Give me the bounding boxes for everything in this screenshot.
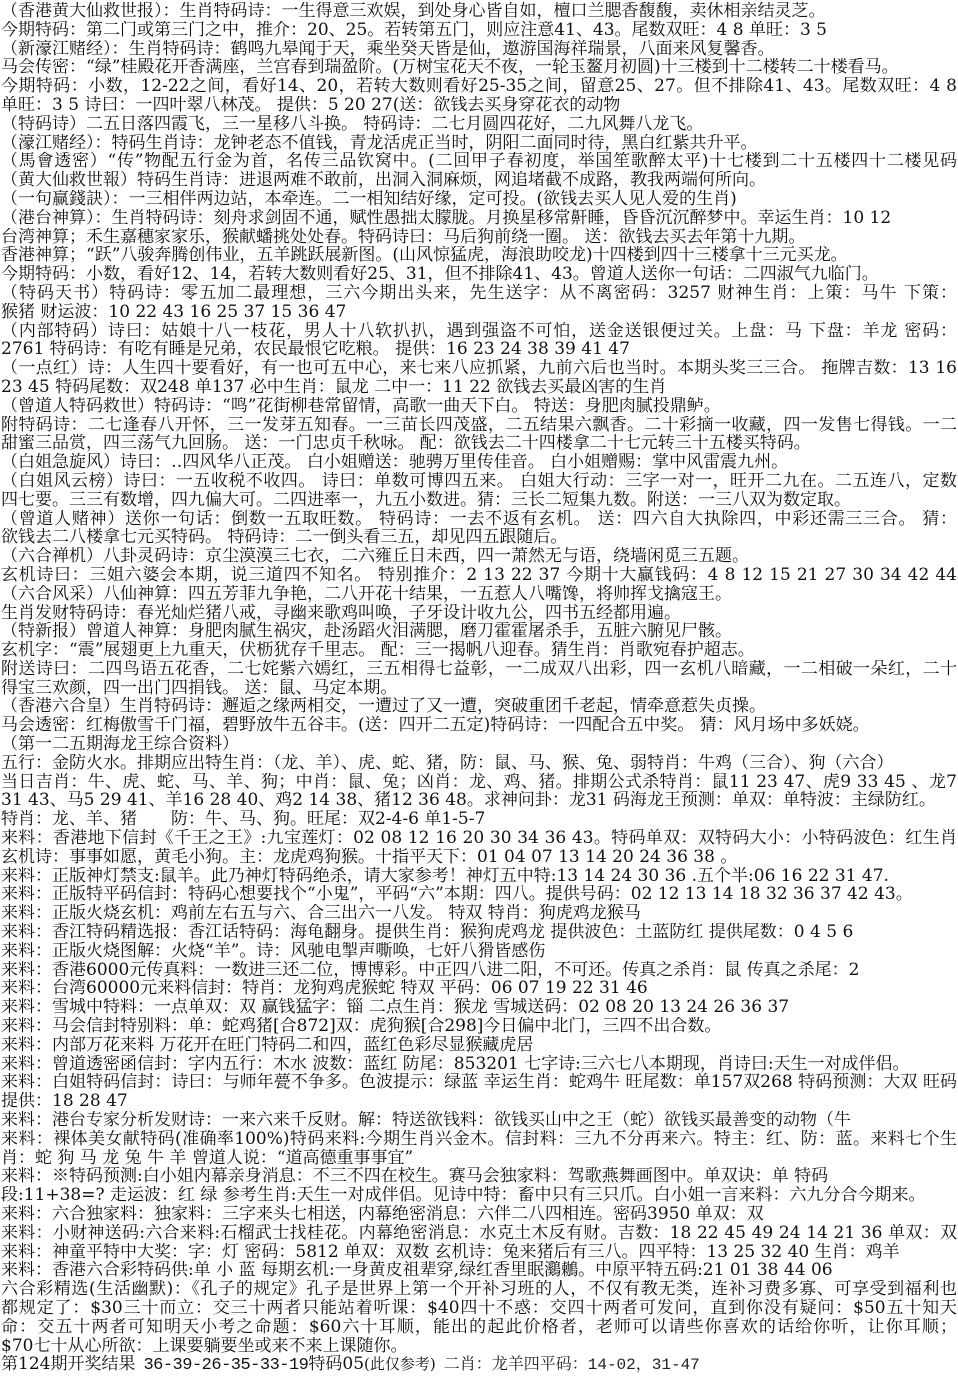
text-line: 台湾神算；禾生嘉穗家家乐，猴献蟠挑处处春。特码诗曰：马后狗前绕一圈。 送：欲钱去…: [1, 228, 957, 247]
text-line: （六合禅机）八卦灵码诗：京尘漠漠三七衣，二六雍丘日未西，四一萧然无与语，绕墙闲觅…: [1, 547, 957, 566]
draw-result-note: (此仅参考): [364, 1355, 436, 1373]
text-line: （白姐急旋风）诗曰：‥四风华八正茂。 白小姐赠送：驰骋万里传佳音。 白小姐赠赐：…: [1, 453, 957, 472]
text-line: 香港神算；“跃”八骏奔腾创伟业，五羊跳跃展新图。(山风惊猛虎，海浪助咬龙)十四楼…: [1, 246, 957, 265]
text-line: （香港六合皇）生肖特码诗：邂逅之缘两相交，一遭过了又一遭，突破重团千老起，情牵意…: [1, 697, 957, 716]
text-line: （内部特码）诗曰：姑娘十八一枝花，男人十八软扒扒，遇到强盗不可怕，送金送银便过关…: [1, 322, 957, 341]
text-line: 欲钱去二八楼拿七元买特码。 特码诗：二一倒头看三五，却见四五跟随后。: [1, 528, 957, 547]
draw-result-special: 特码05: [308, 1355, 364, 1374]
text-line: 来料：神童平特中大奖：字：灯 密码：5812 单双：双数 玄机诗：兔来猪后有三八…: [1, 1243, 957, 1262]
text-line: 马会传密：“绿”桂殿花开香满座，兰宫春到瑞盈阶。(万树宝花天不夜，一轮玉鳌月初圆…: [1, 58, 957, 77]
text-line: 来料：台湾60000元来料信封：特肖：龙狗鸡虎猴蛇 特双 平码：06 07 19…: [1, 979, 957, 998]
text-line: 六合彩精选(生活幽默)：《孔子的规定》孔子是世界上第一个开补习班的人，不仅有教无…: [1, 1280, 957, 1299]
text-line: 当日吉肖：牛、虎、蛇、马、羊、狗；中肖：鼠、兔；凶肖：龙、鸡、猪。排期公式杀特肖…: [1, 773, 957, 792]
text-line: 来料：雪城中特料：一点单双：双 赢钱猛字：锱 二点生肖：猴龙 雪城送码：02 0…: [1, 998, 957, 1017]
text-line: （馬會透密）“传”物配五行金为首，名传三品钦窝中。(二回甲子春初度，举国笙歌醉太…: [1, 152, 957, 171]
text-line: （香港黄大仙救世报）：生肖特码诗：一生得意三欢娱，到处身心皆自如，檀口兰腮香馥馥…: [1, 2, 957, 21]
text-line: 肖：蛇 狗 马 龙 兔 牛 羊 曾道人说：“道高德重事事宜”: [1, 1149, 957, 1168]
text-line: （一句赢錢訣）：一三相伴两边站，本牵连。二一相知结好缘，定可投。(欲钱去买人见人…: [1, 190, 957, 209]
text-line: 来料：曾道透密函信封：字内五行：木水 波数：蓝红 防尾：853201 七字诗:三…: [1, 1055, 957, 1074]
text-line: 来料：正版特平码信封：特码心想要找个“小鬼”，平码“六”本期：四八。提供号码：0…: [1, 885, 957, 904]
text-line: （港台神算）：生肖特码诗：刻舟求剑固不通，赋性愚拙太朦胧。月换星移常鼾睡，昏昏沉…: [1, 209, 957, 228]
text-line: （黄大仙救世報）特码生肖诗：进退两难不敢前，出洞入洞麻烦，网追堵截不成路，教我两…: [1, 171, 957, 190]
text-line: 来料：港台专家分析发财诗：一来六来千反财。解：特送欲钱料：欲钱买山中之王（蛇）欲…: [1, 1111, 957, 1130]
text-line: 来料：香港地下信封《千王之王》:九宝莲灯：02 08 12 16 20 30 3…: [1, 829, 957, 848]
text-line: （濠江赌经）：特码生肖诗：龙钟老态不值钱，青龙活虎正当时，阴阳二面同时待，黑白红…: [1, 134, 957, 153]
lottery-tip-sheet: （香港黄大仙救世报）：生肖特码诗：一生得意三欢娱，到处身心皆自如，檀口兰腮香馥馥…: [0, 2, 958, 1374]
text-line: 附送诗曰：二四鸟语五花香，二七姹紫六嫣红，三五相得七益彰，一二成双八出彩，四一玄…: [1, 660, 957, 679]
text-line: （白姐风云榜）诗曰：一五收税不收四。 诗曰：单数可博四五来。 白姐大行动：三字一…: [1, 472, 957, 491]
text-line: （特码天书）特码诗：零五加二最理想，三六今期出头来，先生送字：从不离密码：325…: [1, 284, 957, 303]
draw-result-line: 第124期开奖结果36-39-26-35-33-19特码05(此仅参考)二肖：龙…: [1, 1355, 957, 1374]
text-line: 来料：正版火烧图解：火烧“羊”。诗：风驰电掣声嘶唤，七奸八猾皆感伤: [1, 942, 957, 961]
text-line: 来料：正版火烧玄机：鸡前左右五与六、合三出六一八发。 特双 特肖：狗虎鸡龙猴马: [1, 904, 957, 923]
text-line: 得宝三欢颜，四一出门四捐钱。 送：鼠、马定本期。: [1, 679, 957, 698]
text-line: 甜蜜三品赏，四三荡气九回肠。 送：一门忠贞千秋咏。 配：欲钱去二十四楼拿二十七元…: [1, 434, 957, 453]
text-line: 四七要。三三有数增，四九偏大可。二四进率一，九五小数进。猜：三长二短集九数。附送…: [1, 491, 957, 510]
text-line: 单旺：3 5 诗曰：一四叶翠八林茂。 提供：5 20 27(送：欲钱去买身穿花衣…: [1, 96, 957, 115]
section-heading: （第一二五期海龙王综合资料）: [1, 735, 957, 754]
text-line: （曾道人特码救世）特码诗：“鸣”花街柳巷常留情，高歌一曲天下白。 特送：身肥肉腻…: [1, 397, 957, 416]
text-line: 今期特码：第二门或第三门之中，推介：20、25。若转第五门，则应注意41、43。…: [1, 21, 957, 40]
text-line: 马会透密：红梅傲雪千门福，碧野放牛五谷丰。(送：四开二五定)特码诗：一四配合五中…: [1, 716, 957, 735]
text-line: 来料：※特码预测:白小姐内幕亲身消息：不三不四在校生。赛马会独家料：驾歌燕舞画图…: [1, 1167, 957, 1186]
text-line: 玄机字：“震”展翅更上九重天，伏枥犹存千里志。 配：三一揭帆八迎春。猜生肖：肖歌…: [1, 641, 957, 660]
text-line: 来料：香港6000元传真料：一数进三还二位，博博彩。中正四八进二阳，不可还。传真…: [1, 961, 957, 980]
text-line: 命：交五十两者可知明天小考之命题：$60六十耳顺，能出的起此价格者，老师可以请些…: [1, 1318, 957, 1337]
text-line: 来料：六合独家料：独家料：三字来头七相送，内幕绝密消息：六伴二八四相连。密码39…: [1, 1205, 957, 1224]
text-line: 来料：正版神灯禁支:鼠羊。此乃神灯特码绝杀，请大家参考！神灯五中特:13 14 …: [1, 867, 957, 886]
text-line: 来料：香江特码精选报：香江话特码：海龟翻身。提供生肖：猴狗虎鸡龙 提供波色：土蓝…: [1, 923, 957, 942]
text-line: 附特码诗：二七逢春八开怀，三一发芽五知春。一三苗长四茂盛，二五结果六飘香。二十彩…: [1, 416, 957, 435]
text-line: 来料：内部万花来料 万花开在旺门特码二和四，蓝红色彩尽显猴藏虎居: [1, 1036, 957, 1055]
text-line: 段:11+38=? 走运波：红 绿 参考生肖:天生一对成伴侣。见诗中特：畜中只有…: [1, 1186, 957, 1205]
text-line: $70七十从心所欲：上课要躺要坐或来不来上课随你。: [1, 1337, 957, 1356]
text-line: 今期特码：小数，看好12、14，若转大数则看好25、31，但不排除41、43。曾…: [1, 265, 957, 284]
text-line: 生肖发财特码诗：春光灿烂猪八戒，寻幽来歌鸡叫唤，子牙设计收九公，四书五经都用遍。: [1, 604, 957, 623]
text-line: （六合风采）八仙神算：四五芳菲九争艳，二八开花十结果，一五惹人八嘴馋，将帅挥戈擒…: [1, 585, 957, 604]
text-line: 来料：香港六合彩特码供:单 小 蓝 每期玄机:一身黄皮祖辈穿,绿红香里眠鸂鶒。中…: [1, 1261, 957, 1280]
text-line: 来料：裸体美女献特码(准确率100%)特码来料:今期生肖兴金木。信封料：三九不分…: [1, 1130, 957, 1149]
text-line: 玄机诗曰：三姐六婆会本期，说三道四不知名。 特别推介：2 13 22 37 今期…: [1, 566, 957, 585]
text-line: （新濠江赌经）：生肖特码诗：鹤鸣九皋闻于天，乘坐癸天皆是仙，遨游国海祥瑞景，八面…: [1, 40, 957, 59]
text-line: 猴猪 财运波：10 22 43 16 25 37 15 36 47: [1, 303, 957, 322]
draw-result-numbers: 36-39-26-35-33-19: [143, 1356, 308, 1374]
text-line: （特码诗）二五日落四霞飞，三一星移八斗换。 特码诗：二七月圆四花好，二九风舞八龙…: [1, 115, 957, 134]
text-line: 来料：小财神送码:六合来料:石榴武士找桂花。内幕绝密消息：水克土木反有财。吉数：…: [1, 1224, 957, 1243]
text-line: 今期特码：小数，12-22之间，看好14、20，若转大数则看好25-35之间，留…: [1, 77, 957, 96]
text-line: 都规定了：$30三十而立：交三十两者只能站着听课：$40四十不惑：交四十两者可发…: [1, 1299, 957, 1318]
text-line: 特肖：龙、羊、猪 防：牛、马、狗。旺尾：双2-4-6 单1-5-7: [1, 810, 957, 829]
text-line: （特新报）曾道人神算：身肥肉腻生祸灾，赴汤蹈火泪满腮，磨刀霍霍屠杀手，五脏六腑见…: [1, 622, 957, 641]
text-line: （曾道人赌神）送你一句话：倒数一五取旺数。 特码诗：一去不返有玄机。 送：四六自…: [1, 510, 957, 529]
text-line: 31 43、马5 29 41、羊16 28 40、鸡2 14 38、猪12 36…: [1, 791, 957, 810]
text-line: （一点红）诗：人生四十要看好，有一也可五中心，来七来八应抓紧，九前六后也当时。本…: [1, 359, 957, 378]
text-line: 来料：马会信封特别料：单：蛇鸡猪[合872]双：虎狗猴[合298]今日偏中北门，…: [1, 1017, 957, 1036]
text-line: 23 45 特码尾数：双248 单137 必中生肖：鼠龙 二中一：11 22 欲…: [1, 378, 957, 397]
text-line: 2761 特码诗：有吃有睡是兄弟，农民最恨它吃粮。 提供：16 23 24 38…: [1, 340, 957, 359]
draw-result-label: 第124期开奖结果: [1, 1355, 135, 1374]
draw-result-tail: 二肖：龙羊四平码：14-02，31-47: [444, 1356, 700, 1374]
text-line: 来料：白姐特码信封：诗曰：与师年甍不争多。色波提示：绿蓝 幸运生肖：蛇鸡牛 旺尾…: [1, 1073, 957, 1092]
text-line: 提供：18 28 47: [1, 1092, 957, 1111]
text-line: 玄机诗：事事如愿，黄毛小狗。主：龙虎鸡狗猴。十指平天下：01 04 07 13 …: [1, 848, 957, 867]
text-line: 五行：金防火水。排期应出特生肖：（龙、羊）、虎、蛇、猪，防：鼠、马、猴、兔、弱特…: [1, 754, 957, 773]
